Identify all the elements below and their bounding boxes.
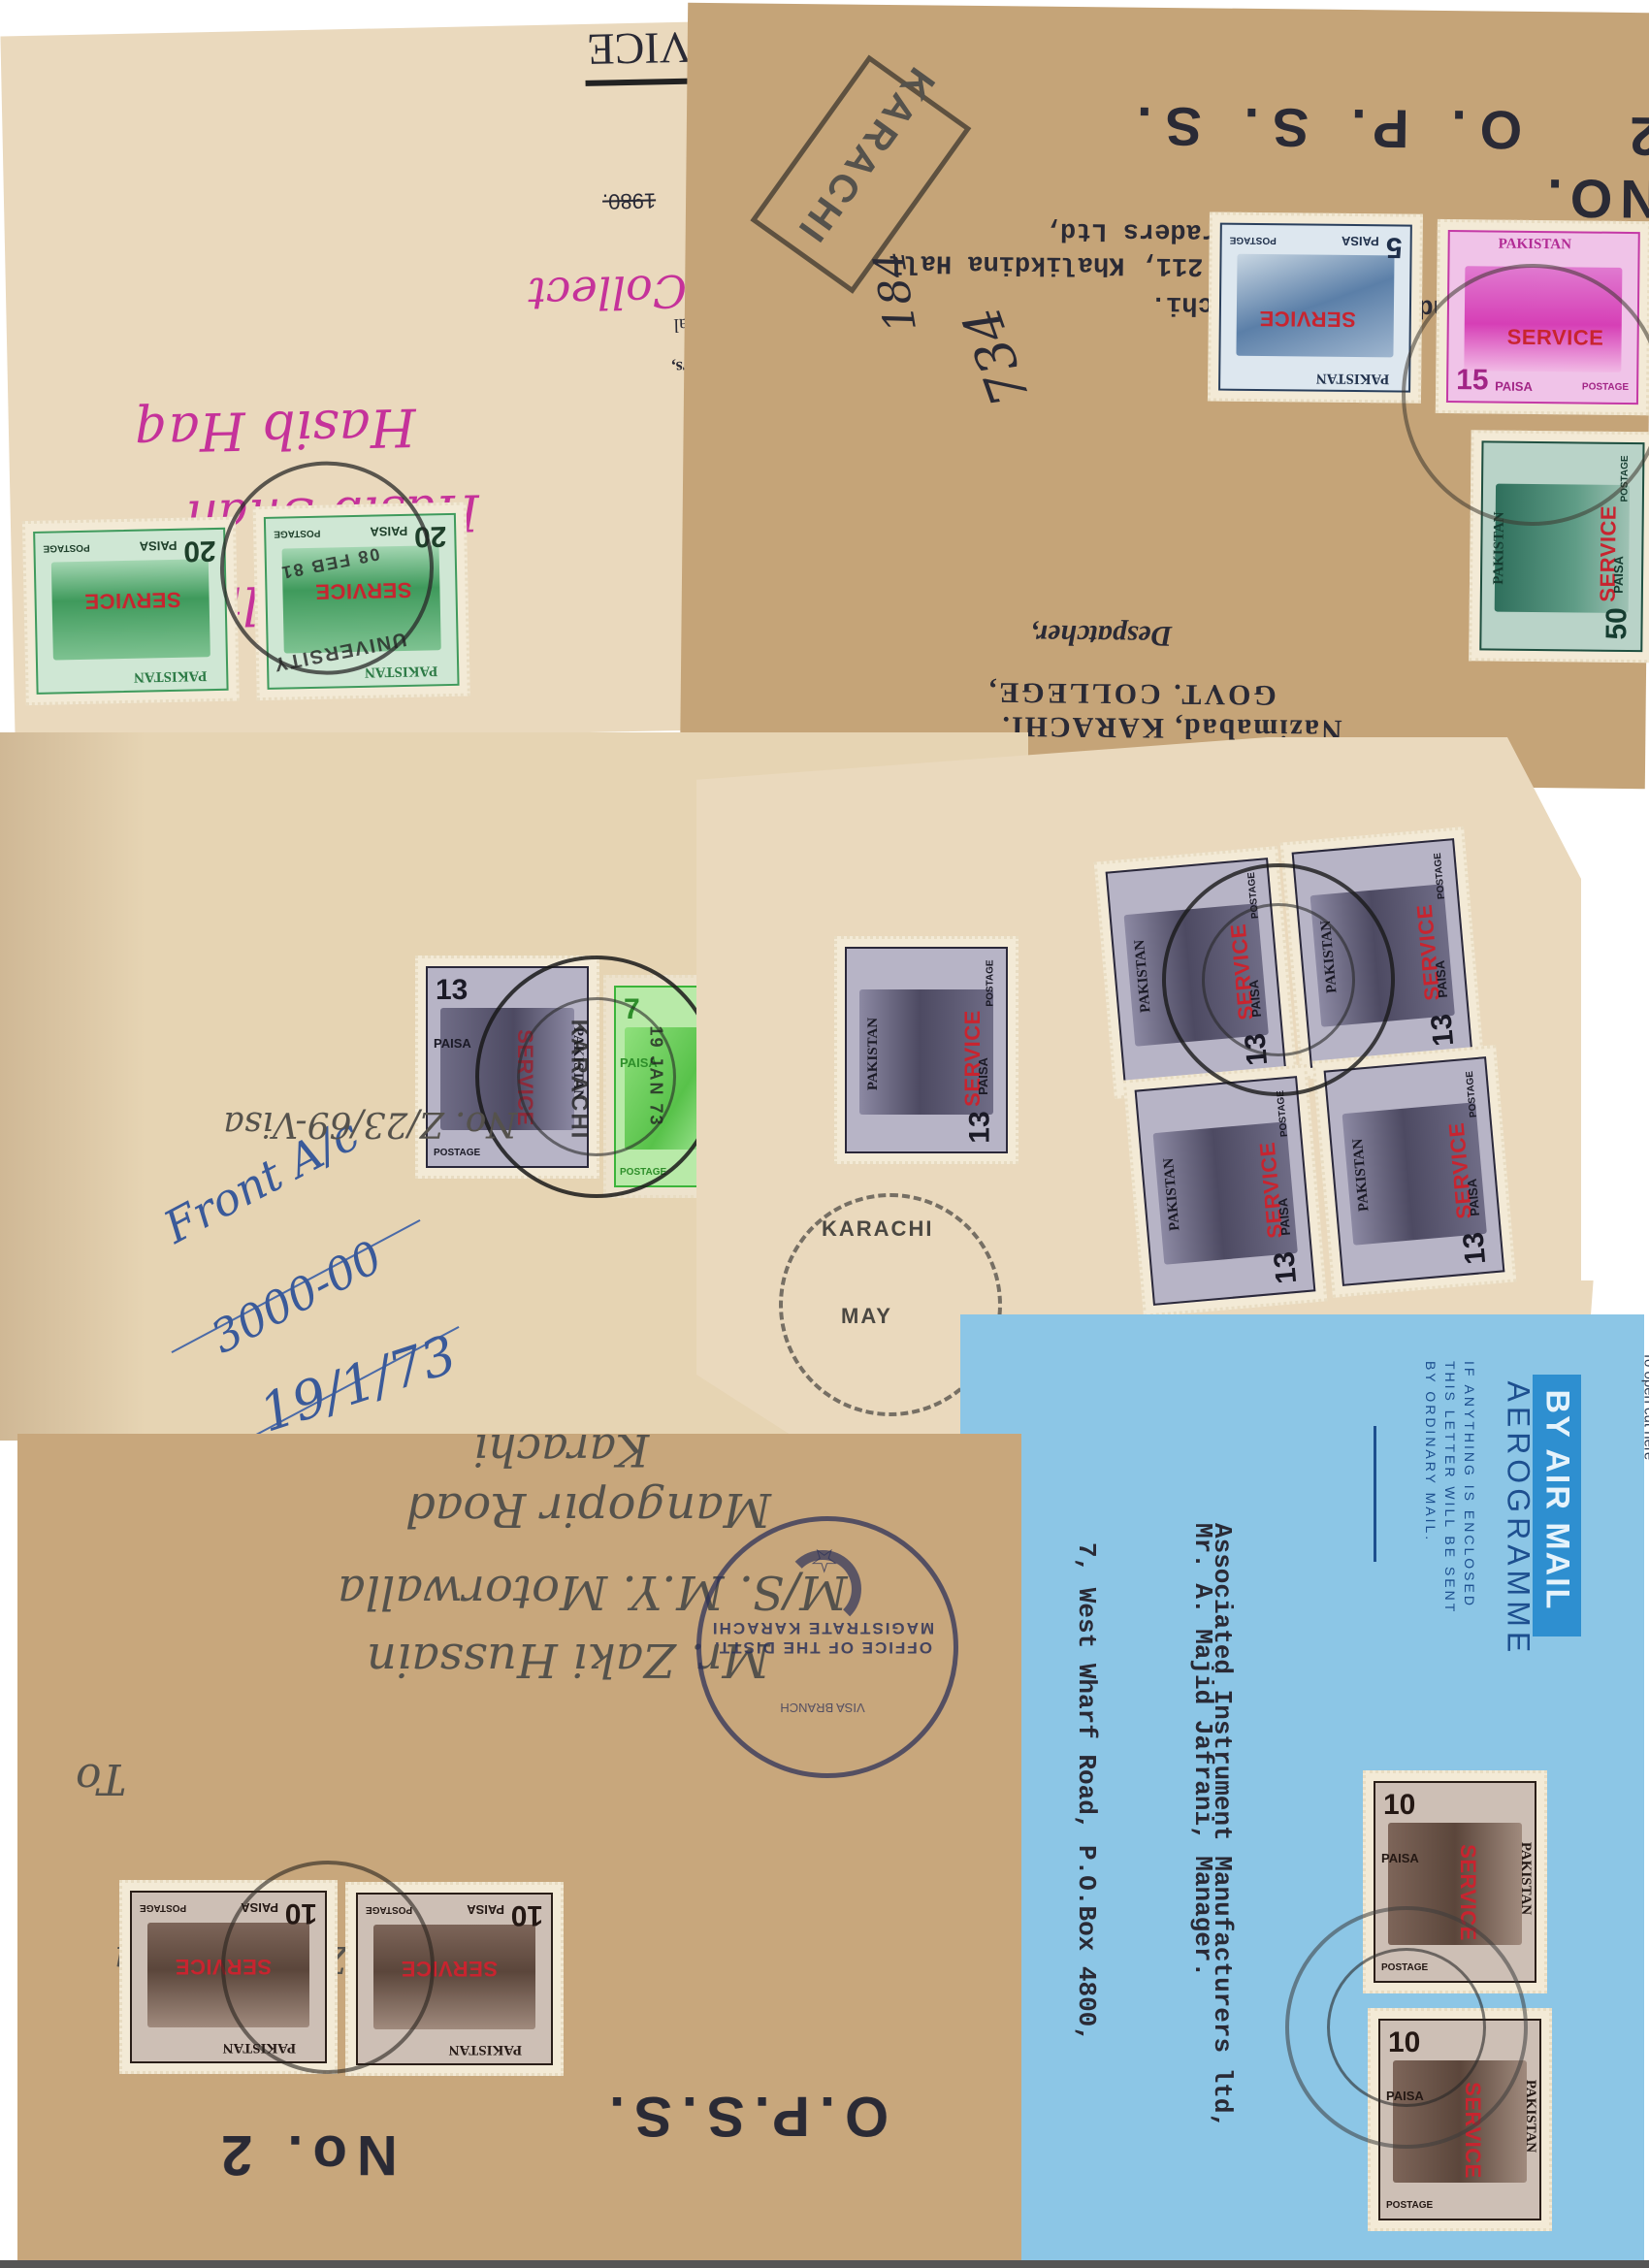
printed-fragment: VICE <box>587 22 692 76</box>
stamp-5-paisa: PAKISTAN SERVICE 5 PAISA POSTAGE <box>1208 211 1423 403</box>
address-line-3: Mangopir Road <box>405 1482 771 1537</box>
typed-year: 1980. <box>602 187 657 213</box>
handwriting-date: 19/1/73 <box>252 1323 463 1443</box>
aerogramme-title: AEROGRAMME <box>1501 1381 1536 1643</box>
handwriting-collect: Collect <box>528 265 688 320</box>
postmark-cover5 <box>221 1861 435 2074</box>
marking-opss: O.P.S.S. <box>599 2084 889 2149</box>
cover-distt-magistrate: To Mr. Zaki Hussain M/S. M.Y. Motorwalla… <box>17 1434 1021 2268</box>
handwriting-low: Hasib Haq <box>134 397 416 464</box>
postmark-karachi: KARACHI 19 JAN 73 <box>475 956 718 1198</box>
scan-edge <box>0 2260 1649 2268</box>
stamp-13-paisa: PAKISTAN SERVICE 13 PAISA POSTAGE <box>1123 1064 1328 1317</box>
sender-line-2: GOVT. COLLEGE, <box>986 675 1277 711</box>
address-line-4: Karachi <box>473 1424 649 1476</box>
marking-opss: O. P. S. S. <box>1123 95 1523 162</box>
stamp-13-paisa: PAKISTAN SERVICE 13 PAISA POSTAGE <box>834 936 1018 1164</box>
postmark-aerogramme <box>1285 1906 1528 2149</box>
aerogramme-notice-2: THIS LETTER WILL BE SENT <box>1442 1361 1458 1623</box>
handwriting-amount: 3000-00 <box>203 1230 391 1363</box>
address-line-3: 7, West Wharf Road, P.O.Box 4800, <box>1072 1542 1101 2202</box>
stamp-20-paisa: PAKISTAN SERVICE 20 PAISA POSTAGE <box>22 517 240 706</box>
aerogramme-notice-1: IF ANYTHING IS ENCLOSED <box>1462 1361 1477 1623</box>
seal-distt-magistrate: OFFICE OF THE DISTT. MAGISTRATE KARACHI … <box>696 1516 958 1778</box>
marking-no-2: NO. 2 <box>1539 104 1649 231</box>
sender-line-1: Despatcher, <box>1030 618 1172 653</box>
stamp-13-paisa: PAKISTAN SERVICE 13 PAISA POSTAGE <box>1312 1045 1517 1298</box>
address-to: To <box>76 1754 126 1803</box>
address-line-2: Associated Instrument Manufacturers ltd, <box>1208 1523 1237 2221</box>
rule-line <box>586 79 693 86</box>
background-gap <box>1581 815 1649 1280</box>
aerogramme: BY AIR MAIL AEROGRAMME IF ANYTHING IS EN… <box>960 1314 1644 2268</box>
aerogramme-notice-3: BY ORDINARY MAIL. <box>1423 1361 1439 1623</box>
cover-govt-college: Despatcher, GOVT. COLLEGE, Nazimabad, KA… <box>680 3 1649 789</box>
marking-no-2: No. 2 <box>211 2122 398 2187</box>
ref-number: No. Z/23/69-Visa <box>223 1104 517 1144</box>
postmark-may <box>1162 863 1395 1096</box>
cover-university: Wali Hasib Shah Hasib Haq Collect ers, n… <box>0 22 705 745</box>
air-mail-label: BY AIR MAIL <box>1533 1375 1581 1636</box>
cut-here-text: To open cut here <box>1641 1352 1649 1643</box>
notice-rule <box>1374 1426 1376 1562</box>
